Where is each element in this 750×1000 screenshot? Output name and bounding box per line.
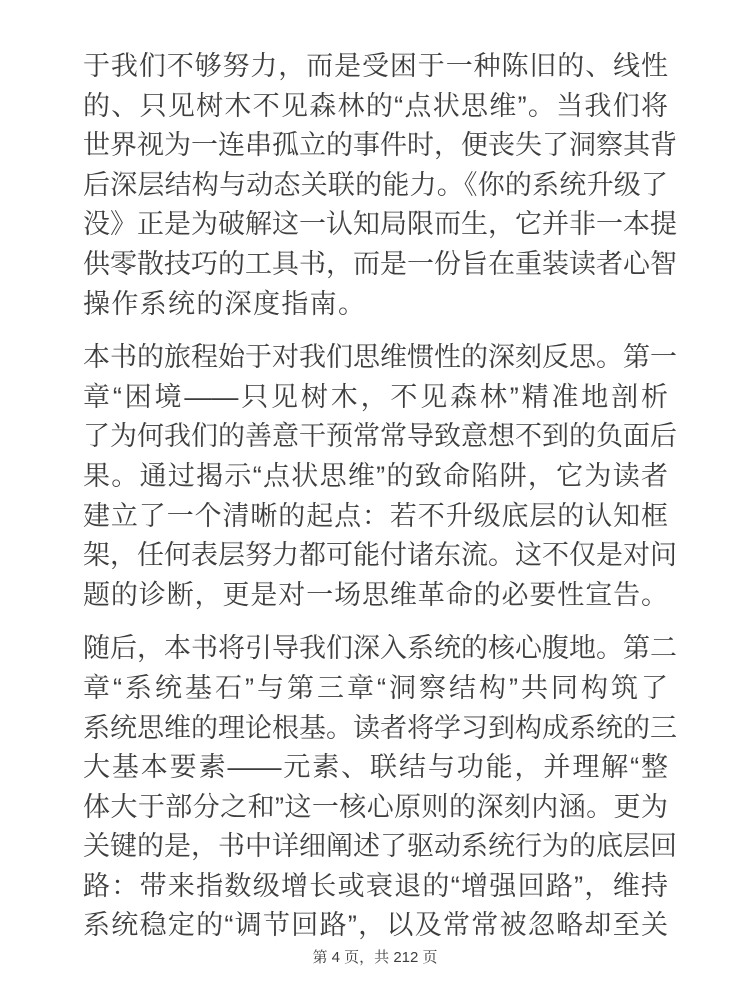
document-body: 于我们不够努力，而是受困于一种陈旧的、线性的、只见树木不见森林的“点状思维”。当… (83, 47, 668, 960)
text-line: 世界视为一连串孤立的事件时，便丧失了洞察其背 (83, 126, 668, 166)
text-line: 没》正是为破解这一认知局限而生，它并非一本提 (83, 205, 668, 245)
text-line: 供零散技巧的工具书，而是一份旨在重装读者心智 (83, 245, 668, 285)
text-line: 本书的旅程始于对我们思维惯性的深刻反思。第一 (83, 338, 668, 378)
text-line: 体大于部分之和”这一核心原则的深刻内涵。更为 (83, 788, 668, 828)
paragraph: 随后，本书将引导我们深入系统的核心腹地。第二章“系统基石”与第三章“洞察结构”共… (83, 629, 668, 946)
text-line: 系统思维的理论根基。读者将学习到构成系统的三 (83, 709, 668, 749)
text-line: 大基本要素——元素、联结与功能，并理解“整 (83, 748, 668, 788)
text-line: 关键的是，书中详细阐述了驱动系统行为的底层回 (83, 827, 668, 867)
text-line: 于我们不够努力，而是受困于一种陈旧的、线性 (83, 47, 668, 87)
text-line: 操作系统的深度指南。 (83, 285, 365, 325)
text-line: 路：带来指数级增长或衰退的“增强回路”，维持 (83, 867, 668, 907)
text-line: 了为何我们的善意干预常常导致意想不到的负面后 (83, 417, 668, 457)
text-line: 的、只见树木不见森林的“点状思维”。当我们将 (83, 87, 668, 127)
paragraph: 于我们不够努力，而是受困于一种陈旧的、线性的、只见树木不见森林的“点状思维”。当… (83, 47, 668, 324)
text-line: 随后，本书将引导我们深入系统的核心腹地。第二 (83, 629, 668, 669)
text-line: 章“系统基石”与第三章“洞察结构”共同构筑了 (83, 669, 668, 709)
page-number-footer: 第 4 页，共 212 页 (0, 949, 750, 967)
text-line: 系统稳定的“调节回路”，以及常常被忽略却至关 (83, 906, 668, 946)
document-page: 于我们不够努力，而是受困于一种陈旧的、线性的、只见树木不见森林的“点状思维”。当… (0, 0, 750, 1000)
text-line: 后深层结构与动态关联的能力。《你的系统升级了 (83, 166, 668, 206)
paragraph: 本书的旅程始于对我们思维惯性的深刻反思。第一章“困境——只见树木，不见森林”精准… (83, 338, 668, 615)
text-line: 建立了一个清晰的起点：若不升级底层的认知框 (83, 497, 668, 537)
text-line: 章“困境——只见树木，不见森林”精准地剖析 (83, 378, 668, 418)
text-line: 架，任何表层努力都可能付诸东流。这不仅是对问 (83, 536, 668, 576)
text-line: 题的诊断，更是对一场思维革命的必要性宣告。 (83, 576, 668, 616)
text-line: 果。通过揭示“点状思维”的致命陷阱，它为读者 (83, 457, 668, 497)
